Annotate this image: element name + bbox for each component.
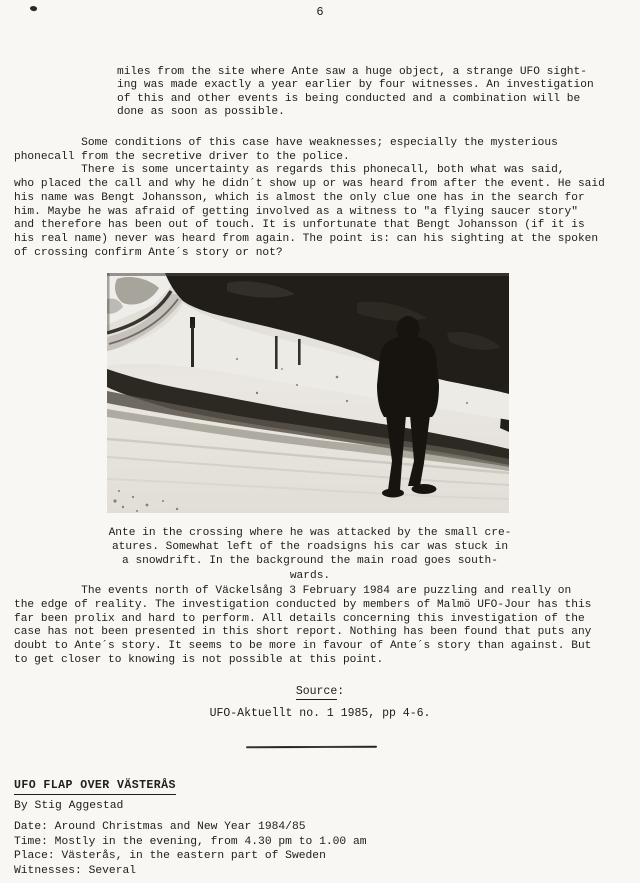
paragraph-phonecall: There is some uncertainty as regards thi… [14, 164, 605, 260]
article-details: Date: Around Christmas and New Year 1984… [14, 820, 367, 878]
scanned-page: 6 miles from the site where Ante saw a h… [0, 0, 640, 883]
article-title: UFO FLAP OVER VÄSTERÅS [14, 779, 176, 792]
crossing-photo-illustration [107, 273, 509, 513]
section-divider [246, 746, 377, 749]
photo-caption: Ante in the crossing where he was attack… [80, 526, 540, 583]
article-byline: By Stig Aggestad [14, 800, 123, 812]
source-heading-colon: : [337, 685, 344, 698]
crossing-photo [107, 273, 509, 513]
article-title-text: UFO FLAP OVER VÄSTERÅS [14, 779, 176, 795]
paragraph-conclusion: The events north of Väckelsång 3 Februar… [14, 585, 591, 668]
paragraph-weaknesses: Some conditions of this case have weakne… [14, 137, 605, 164]
source-heading-label: Source [296, 685, 337, 700]
page-number: 6 [0, 5, 640, 19]
paragraph-intro: miles from the site where Ante saw a hug… [117, 66, 594, 119]
source-heading: Source: [0, 685, 640, 698]
source-reference: UFO-Aktuellt no. 1 1985, pp 4-6. [0, 707, 640, 720]
